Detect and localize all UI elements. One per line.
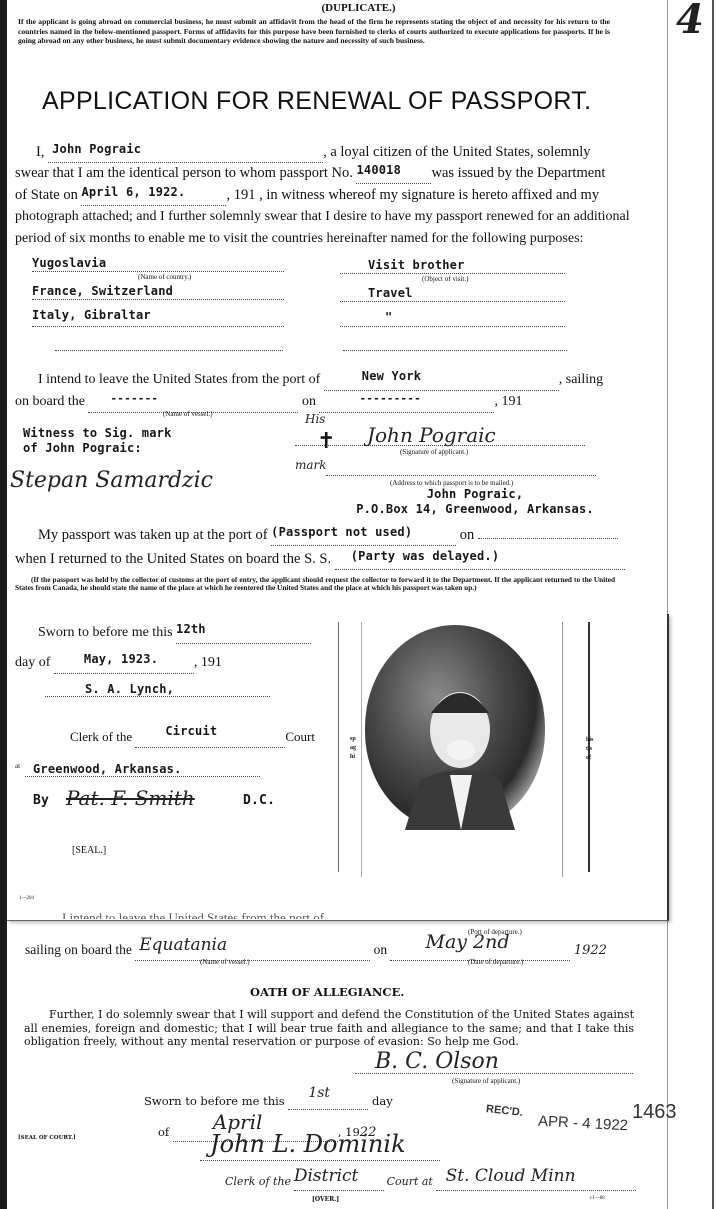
oath-location-field: St. Cloud Minn <box>436 1170 636 1191</box>
destination-row-object: Travel <box>340 284 565 302</box>
issue-date-field: April 6, 1922. <box>81 185 226 206</box>
mailing-address-line <box>326 461 596 476</box>
received-stamp-date: APR - 4 1922 <box>538 1113 629 1135</box>
declaration-line-5: period of six months to enable me to vis… <box>15 229 625 249</box>
date-caption: (Date of departure.) <box>468 958 523 966</box>
portrait-icon <box>365 625 545 830</box>
dc-label: D.C. <box>243 793 275 808</box>
passport-taken-line: My passport was taken up at the port of … <box>38 525 618 546</box>
clerk-signature-line: John L. Dominik <box>200 1140 440 1161</box>
clerk-court-line: Clerk of the CircuitCourt <box>70 727 315 748</box>
court-field: Circuit <box>135 727 285 748</box>
sworn-month-field: May, 1923. <box>54 652 194 674</box>
oath-signature-caption: (Signature of applicant.) <box>452 1077 520 1085</box>
underlying-vessel-field: Equatania <box>135 939 370 961</box>
declaration-line-2: swear that I am the identical person to … <box>15 163 625 184</box>
oath-title: OATH OF ALLEGIANCE. <box>250 985 404 999</box>
customs-note: (If the passport was held by the collect… <box>15 576 615 593</box>
witness-label: Witness to Sig. mark of John Pograic: <box>23 426 172 456</box>
scan-left-edge <box>0 0 7 1209</box>
form-number: 1—204 <box>19 896 34 901</box>
over-label: [OVER.] <box>312 1196 339 1203</box>
deputy-signature: Pat. F. Smith <box>66 786 195 810</box>
destination-row-country <box>55 336 283 351</box>
destination-row-country: France, Switzerland <box>32 282 284 300</box>
passport-date-field <box>478 538 618 539</box>
passport-port-field: (Passport not used) <box>271 525 456 546</box>
object-caption: (Object of visit.) <box>422 275 468 283</box>
witness-signature: Stepan Samardzic <box>10 468 213 493</box>
applicant-name-field: John Pograic <box>48 142 323 163</box>
returned-line: when I returned to the United States on … <box>15 549 625 570</box>
destination-row-object: " <box>340 308 565 327</box>
photo-side-text-right: his t's of <box>586 736 593 763</box>
declaration-line-3: of State on April 6, 1922., 191 , in wit… <box>15 185 625 206</box>
at-label: at <box>15 762 20 770</box>
oath-signature-line: B. C. Olson <box>355 1055 633 1074</box>
signature-caption: (Signature of applicant.) <box>400 448 468 456</box>
underlying-vessel-caption: (Name of vessel.) <box>200 958 250 966</box>
vessel-caption: (Name of vessel.) <box>163 410 213 418</box>
scan-right-edge <box>712 0 714 1209</box>
departure-line-2: on board the ------- on ---------, 191 <box>15 392 522 413</box>
oath-form-code: c1—88 <box>590 1196 605 1201</box>
oath-clerk-line: Clerk of the District Court at St. Cloud… <box>225 1170 636 1191</box>
location-line: Greenwood, Arkansas. <box>25 760 260 777</box>
declaration-line-1: I, John Pograic, a loyal citizen of the … <box>36 142 616 163</box>
departure-date-field: --------- <box>319 392 494 413</box>
page-right-border <box>667 0 668 1209</box>
seal-label: [SEAL.] <box>72 845 106 856</box>
by-label: By <box>33 793 49 808</box>
received-stamp-prefix: REC'D. <box>485 1103 523 1119</box>
mark-label: mark <box>295 458 327 472</box>
seal-of-court-label: [SEAL OF COURT.] <box>18 1135 76 1141</box>
photo-side-text-left: sp ag hi <box>350 735 356 762</box>
oath-sworn-line: Sworn to before me this 1st day <box>144 1093 393 1110</box>
sworn-line: Sworn to before me this 12th <box>38 622 311 644</box>
destination-row-object <box>343 336 567 351</box>
destination-row-country: Italy, Gibraltar <box>32 306 284 327</box>
address-caption: (Address to which passport is to be mail… <box>390 479 513 487</box>
declaration-line-4: photograph attached; and I further solem… <box>15 207 625 227</box>
file-number-stamp: 1463 <box>632 1101 677 1124</box>
destination-row-country: Yugoslavia <box>32 254 284 272</box>
passport-number-field: 140018 <box>356 163 431 184</box>
oath-text: Further, I do solemnly swear that I will… <box>24 1008 634 1049</box>
duplicate-label: (DUPLICATE.) <box>0 2 717 14</box>
destination-row-object: Visit brother <box>340 256 565 274</box>
oath-day-field: 1st <box>288 1093 368 1110</box>
his-label: His <box>305 412 325 426</box>
country-caption: (Name of country.) <box>138 273 191 281</box>
return-vessel-field: (Party was delayed.) <box>335 549 625 570</box>
commercial-business-notice: If the applicant is going abroad on comm… <box>18 17 610 46</box>
applicant-photograph <box>365 625 545 830</box>
sworn-day-field: 12th <box>176 622 311 644</box>
underlying-departure-line: I intend to leave the United States from… <box>62 907 324 919</box>
underlying-year: 1922 <box>574 943 607 958</box>
corner-mark: 4 <box>676 0 704 43</box>
clerk-name-line: S. A. Lynch, <box>45 680 270 697</box>
mailing-address: John Pograic, P.O.Box 14, Greenwood, Ark… <box>330 487 620 517</box>
departure-line-1: I intend to leave the United States from… <box>38 369 603 391</box>
oath-court-field: District <box>294 1170 384 1191</box>
sworn-month-line: day of May, 1923., 191 <box>15 652 222 674</box>
page-title: APPLICATION FOR RENEWAL OF PASSPORT. <box>42 87 591 116</box>
applicant-signature-line: John Pograic <box>295 427 585 446</box>
departure-port-field: New York <box>324 369 559 391</box>
